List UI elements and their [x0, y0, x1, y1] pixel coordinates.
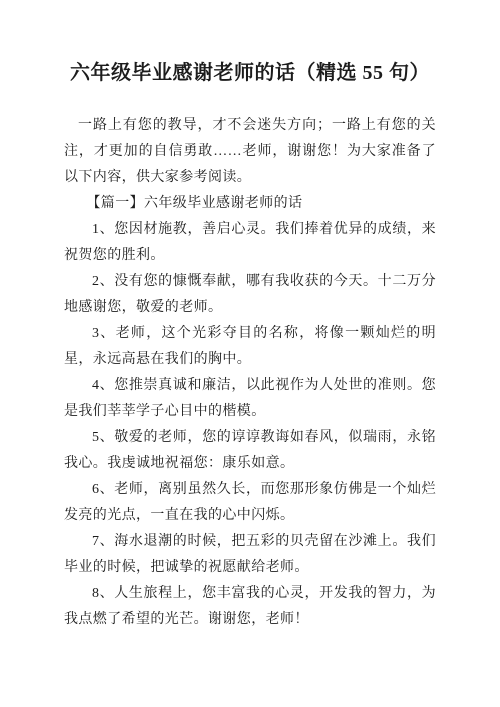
- quote-item-3: 3、老师，这个光彩夺目的名称，将像一颗灿烂的明星，永远高悬在我们的胸中。: [64, 321, 436, 373]
- quote-item-6: 6、老师，离别虽然久长，而您那形象仿佛是一个灿烂发亮的光点，一直在我的心中闪烁。: [64, 477, 436, 529]
- quote-item-5: 5、敬爱的老师，您的谆谆教诲如春风，似瑞雨，永铭我心。我虔诚地祝福您：康乐如意。: [64, 425, 436, 477]
- quote-item-8: 8、人生旅程上，您丰富我的心灵，开发我的智力，为我点燃了希望的光芒。谢谢您，老师…: [64, 581, 436, 633]
- quote-item-1: 1、您因材施教，善启心灵。我们捧着优异的成绩，来祝贺您的胜利。: [64, 217, 436, 269]
- page-title: 六年级毕业感谢老师的话（精选 55 句）: [30, 60, 470, 86]
- quote-item-2: 2、没有您的慷慨奉献，哪有我收获的今天。十二万分地感谢您，敬爱的老师。: [64, 269, 436, 321]
- section-heading: 【篇一】六年级毕业感谢老师的话: [64, 191, 436, 217]
- quote-item-7: 7、海水退潮的时候，把五彩的贝壳留在沙滩上。我们毕业的时候，把诚挚的祝愿献给老师…: [64, 529, 436, 581]
- document-page: 六年级毕业感谢老师的话（精选 55 句） 一路上有您的教导，才不会迷失方向；一路…: [0, 0, 500, 707]
- quote-item-4: 4、您推崇真诚和廉洁，以此视作为人处世的准则。您是我们莘莘学子心目中的楷模。: [64, 373, 436, 425]
- document-body: 一路上有您的教导，才不会迷失方向；一路上有您的关注，才更加的自信勇敢……老师，谢…: [64, 113, 436, 633]
- intro-paragraph: 一路上有您的教导，才不会迷失方向；一路上有您的关注，才更加的自信勇敢……老师，谢…: [64, 113, 436, 191]
